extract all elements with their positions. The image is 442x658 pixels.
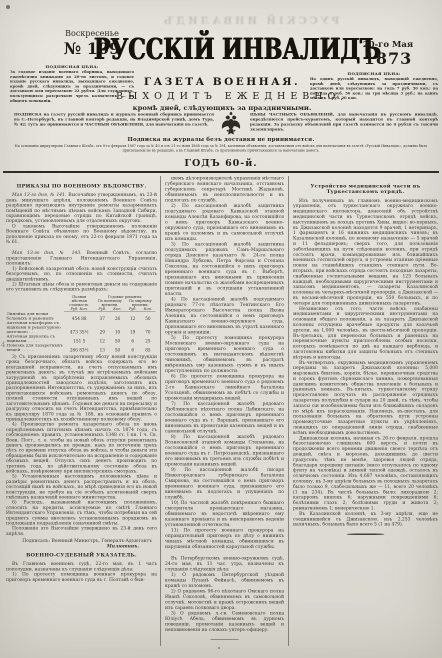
paragraph-block: 2) Штатныя цѣны обоза и ремонтныя деньги… bbox=[6, 282, 157, 292]
scan-speck bbox=[218, 647, 220, 649]
paragraph-block: 1) Войсковой лазаретный обозъ новой конс… bbox=[6, 266, 157, 282]
paragraph-text: 2) По кассаціонной жалобѣ защитника подс… bbox=[165, 204, 284, 242]
row-cost: 454 88 bbox=[64, 312, 95, 321]
subscription-box-text: На одинъ русскій инвалидъ, выходящій еже… bbox=[310, 77, 438, 101]
private-ads-price-note-text: ЦѢНЫ ЧАСТНЫХЪ ОБЪЯВЛЕНІЙ, для напечатані… bbox=[250, 112, 438, 132]
paragraph-text: 11) По протесту военнаго прокурора на оп… bbox=[165, 528, 284, 550]
paragraph-block: 8) По кассаціонной жалобѣ рядоваго Возне… bbox=[165, 435, 284, 468]
column-divider bbox=[160, 176, 161, 646]
imperial-double-headed-eagle-icon bbox=[220, 111, 242, 138]
column-3: Устройство медицинской части въ Туркеста… bbox=[293, 176, 438, 647]
orders-section: ПРИКАЗЫ ПО ВОЕННОМУ ВѢДОМСТВУ.Мая 13-го … bbox=[6, 184, 157, 292]
paragraph-text: 3) По кассаціонной жалобѣ защитника подс… bbox=[165, 242, 284, 297]
issue-year: 1873 bbox=[356, 49, 420, 68]
row-cost: 151 5 bbox=[64, 334, 95, 343]
row-war-rub: 29 bbox=[95, 321, 110, 335]
paragraph-block: О таковомъ Высочайше утвержденномъ полож… bbox=[6, 224, 157, 245]
row-peace-rub: 6 bbox=[125, 343, 140, 352]
paragraph-block: 6) По протесту помощника прокурора на пр… bbox=[165, 374, 284, 402]
row-war-rub: 37 bbox=[95, 312, 110, 321]
paragraph-block: 3) Съ присвоеніемъ лазаретному обозу нов… bbox=[6, 355, 157, 423]
column-divider bbox=[288, 176, 289, 646]
paragraph-text: ВОЕННО-СУДЕБНЫЙ УКАЗАТЕЛЬ. bbox=[26, 553, 137, 559]
paragraph-text: Милютинъ. bbox=[107, 544, 139, 549]
paragraph-block: 2) О рядовомъ 96-го пѣхотнаго Омскаго по… bbox=[165, 589, 284, 611]
paragraph-block: 5) По протесту помощника прокурора Моско… bbox=[165, 336, 284, 375]
row-war-rub: 12 bbox=[95, 334, 110, 343]
newspaper-page: 4 РУССКІЙ ИНВАЛИДЪ Воскресенье № 109 РУС… bbox=[0, 0, 442, 658]
paragraph-block: 2) По кассаціонной жалобѣ защитника подс… bbox=[165, 204, 284, 243]
paragraph-block: Мая 13-го дня, № 143. Военный Совѣтъ, со… bbox=[6, 251, 157, 267]
paragraph-text: 3) Съ присвоеніемъ лазаретному обозу нов… bbox=[6, 355, 157, 422]
paragraph-text: Положеніе это Высочайше утверждено въ 23… bbox=[6, 526, 157, 536]
paragraph-block: 4) По кассаціонной жалобѣ подсудимаго ря… bbox=[165, 297, 284, 336]
subscription-box-title: ПОДПИСНАЯ ЦѢНА: bbox=[310, 71, 438, 76]
paragraph-block: 5) Установленныя настоящимъ положеніемъ … bbox=[6, 474, 157, 500]
row-war-kop: 50 bbox=[110, 343, 125, 352]
paragraph-text: Устройство медицинской части въ Туркеста… bbox=[310, 184, 420, 195]
paragraph-block: Устройство медицинской части въ Туркеста… bbox=[295, 184, 436, 195]
frequency-line: ВЫХОДИТЪ ЕЖЕДНЕВНО, bbox=[116, 91, 328, 102]
paragraph-block: 3) По кассаціонной жалобѣ защитника подс… bbox=[165, 242, 284, 297]
gazette-type-line: ГАЗЕТА ВОЕННАЯ. bbox=[138, 76, 306, 88]
paragraph-block: Положеніе это Высочайше утверждено въ 23… bbox=[6, 526, 157, 536]
paragraph-block: 10) По частной жалобѣ повѣреннаго бывшаг… bbox=[165, 501, 284, 529]
newspaper-title: РУССКІЙ ИНВАЛИДЪ bbox=[94, 33, 346, 67]
turkestan-medical-section: Устройство медицинской части въ Туркеста… bbox=[293, 184, 438, 535]
paragraph-text: 3) О рядовомъ л.-гв. Семеновскаго полка … bbox=[165, 611, 284, 633]
row-war-kop: 50 bbox=[110, 334, 125, 343]
paragraph-text: Въ Казалинской колоннѣ, къ 3-му апрѣля, … bbox=[293, 511, 438, 527]
row-cost: 473 35½ bbox=[64, 321, 95, 335]
column-2: шемъ дѣлопроизводителѣ управленія мѣстна… bbox=[165, 176, 284, 647]
paragraph-text: Независимо отъ того, части войскъ снабже… bbox=[293, 306, 438, 360]
row-peace-kop: 70 bbox=[140, 321, 155, 335]
paragraph-text: Въ Главномъ военномъ судѣ, 22-го мая, въ… bbox=[6, 562, 157, 572]
row-peace-rub: 6 bbox=[125, 334, 140, 343]
row-war-rub: 13 bbox=[95, 343, 110, 352]
paragraph-block: ПРИКАЗЫ ПО ВОЕННОМУ ВѢДОМСТВУ. bbox=[8, 184, 155, 189]
paragraph-block: 6) Расходъ, вызываемый настоящимъ положе… bbox=[6, 500, 157, 526]
paragraph-text: 4) По кассаціонной жалобѣ подсудимаго ря… bbox=[165, 297, 284, 335]
column-1: ПРИКАЗЫ ПО ВОЕННОМУ ВѢДОМСТВУ.Мая 13-го … bbox=[6, 176, 157, 647]
year-of-publication: ГОДЪ 60-й. bbox=[0, 158, 442, 169]
paragraph-text: 1) По протесту помощника военнаго прокур… bbox=[6, 572, 157, 582]
paragraph-text: 7) По кассаціонной жалобѣ рядоваго Любли… bbox=[165, 402, 284, 435]
paragraph-text: 4) Производство ремонта лазаретнаго обоз… bbox=[6, 422, 157, 474]
table-row: Повозка для лазаретныхъ вещей . . . . . … bbox=[6, 343, 155, 352]
paragraph-text: 2) О рядовомъ 96-го пѣхотнаго Омскаго по… bbox=[165, 589, 284, 611]
paragraph-block: 9) По кассаціонной жалобѣ писаря Нижегор… bbox=[165, 468, 284, 501]
paragraph-block: 11) По протесту военнаго прокурора на оп… bbox=[165, 528, 284, 550]
row-cost: 266 83½ bbox=[64, 343, 95, 352]
paragraph-text: 1) О рядовомъ Петербургской уѣздной кома… bbox=[165, 573, 284, 589]
paragraph-block: 1) О рядовомъ Петербургской уѣздной кома… bbox=[165, 573, 284, 590]
paragraph-block: ВОЕННО-СУДЕБНЫЙ УКАЗАТЕЛЬ. bbox=[8, 553, 155, 558]
subscription-notices: Подписка на журналы безъ доставки не при… bbox=[14, 136, 428, 160]
row-peace-rub: 12 bbox=[125, 312, 140, 321]
row-peace-kop: 85 bbox=[140, 343, 155, 352]
subscription-office-note-text: ПОДПИСКА на газету русскій инвалидъ и жу… bbox=[14, 112, 214, 127]
paragraph-text: 8) По кассаціонной жалобѣ рядоваго Возне… bbox=[165, 435, 284, 468]
paragraph-block bbox=[211, 639, 239, 640]
no-delivery-note: Подписка на журналы безъ доставки не при… bbox=[14, 136, 428, 143]
row-peace-rub: 19 bbox=[125, 321, 140, 335]
row-peace-kop: 25 bbox=[140, 334, 155, 343]
scan-margin-mark: 4 bbox=[1, 341, 5, 349]
orders-section-continued: 3) Съ присвоеніемъ лазаретному обозу нов… bbox=[6, 355, 157, 583]
wagon-cost-table: Полная мѣстная стоимость. Годовые ремонт… bbox=[6, 295, 155, 352]
paragraph-text: 5) По протесту помощника прокурора Моско… bbox=[165, 336, 284, 374]
paragraph-block: 7) По кассаціонной жалобѣ рядоваго Любли… bbox=[165, 402, 284, 435]
official-ads-notice: На основаніи циркуляровъ Главнаго Штаба,… bbox=[14, 144, 428, 153]
paragraph-text: 2) Штатныя цѣны обоза и ремонтныя деньги… bbox=[6, 282, 157, 292]
bleed-through-text: РУССКІЙ ИНВАЛИДЪ bbox=[120, 16, 380, 27]
paragraph-block: Въ Главномъ военномъ судѣ, 22-го мая, въ… bbox=[6, 562, 157, 572]
paragraph-block: Независимо отъ того, части войскъ снабже… bbox=[293, 306, 438, 360]
paragraph-text: О таковомъ Высочайше утвержденномъ полож… bbox=[6, 224, 157, 245]
paragraph-block: Милютинъ. bbox=[6, 544, 157, 549]
paragraph-text: 1) Войсковой лазаретный обозъ новой конс… bbox=[6, 266, 157, 281]
row-war-kop: 10 bbox=[110, 321, 125, 335]
row-label: Повозка для лазаретныхъ вещей . . . . . bbox=[6, 343, 64, 352]
paragraph-block bbox=[347, 534, 385, 536]
paragraph-text: 6) Расходъ, вызываемый настоящимъ положе… bbox=[6, 500, 157, 526]
paragraph-text: 9) По кассаціонной жалобѣ писаря Нижегор… bbox=[165, 468, 284, 501]
paragraph-text: Въ Петербургскомъ военно-окружномъ судѣ,… bbox=[165, 556, 284, 572]
subscription-office-note: ПОДПИСКА на газету русскій инвалидъ и жу… bbox=[14, 112, 214, 139]
masthead-rule bbox=[3, 171, 439, 173]
paragraph-text: 6) По протесту помощника прокурора на пр… bbox=[165, 374, 284, 401]
paragraph-block: Джизакская колонна, начиная съ 26-го фев… bbox=[293, 436, 438, 512]
paragraph-block: Въ Казалинской колоннѣ, къ 3-му апрѣля, … bbox=[293, 511, 438, 527]
paragraph-text: 5) Установленныя настоящимъ положеніемъ … bbox=[6, 474, 157, 500]
private-ads-price-note: ЦѢНЫ ЧАСТНЫХЪ ОБЪЯВЛЕНІЙ, для напечатані… bbox=[250, 112, 438, 139]
table-header-cost: Полная мѣстная стоимость. bbox=[64, 295, 95, 307]
row-war-kop: 26 bbox=[110, 312, 125, 321]
paragraph-block: Въ Петербургскомъ военно-окружномъ судѣ,… bbox=[165, 556, 284, 573]
paragraph-text: ПРИКАЗЫ ПО ВОЕННОМУ ВѢДОМСТВУ. bbox=[17, 184, 147, 190]
row-label: Аптечная платформа съ ящиками и рецептур… bbox=[6, 321, 64, 335]
paragraph-text: 10) По частной жалобѣ повѣреннаго бывшаг… bbox=[165, 501, 284, 528]
paragraph-text: шемъ дѣлопроизводителѣ управленія мѣстна… bbox=[165, 176, 284, 203]
table-row: Аптечная платформа съ ящиками и рецептур… bbox=[6, 321, 155, 335]
paragraph-block: Мая 13-го дня, № 141. Высочайше утвержде… bbox=[6, 193, 157, 224]
paragraph-block: 1) По протесту помощника военнаго прокур… bbox=[6, 572, 157, 582]
paragraph-text: Высочайше утвержденнымъ, въ 23-й день ми… bbox=[6, 193, 157, 224]
paragraph-block: Изъ полученныхъ въ главномъ военно-медиц… bbox=[293, 198, 438, 306]
paragraph-block: шемъ дѣлопроизводителѣ управленія мѣстна… bbox=[165, 176, 284, 204]
paragraph-text: Въ-четвертыхъ, окружнымъ медицинскимъ уп… bbox=[293, 360, 438, 435]
paragraph-block: 3) О рядовомъ л.-гв. Семеновскаго полка … bbox=[165, 611, 284, 633]
paragraph-block: 4) Производство ремонта лазаретнаго обоз… bbox=[6, 422, 157, 474]
paragraph-block: Въ-четвертыхъ, окружнымъ медицинскимъ уп… bbox=[293, 360, 438, 436]
paragraph-text: Изъ полученныхъ въ главномъ военно-медиц… bbox=[293, 198, 438, 306]
subscription-box-title: ПОДПИСНАЯ ЦѢНА: bbox=[10, 64, 134, 69]
scan-speck bbox=[6, 5, 10, 9]
court-cases-section: шемъ дѣлопроизводителѣ управленія мѣстна… bbox=[165, 176, 284, 640]
row-peace-kop: 50 bbox=[140, 312, 155, 321]
paragraph-text: Джизакская колонна, начиная съ 26-го фев… bbox=[293, 436, 438, 511]
